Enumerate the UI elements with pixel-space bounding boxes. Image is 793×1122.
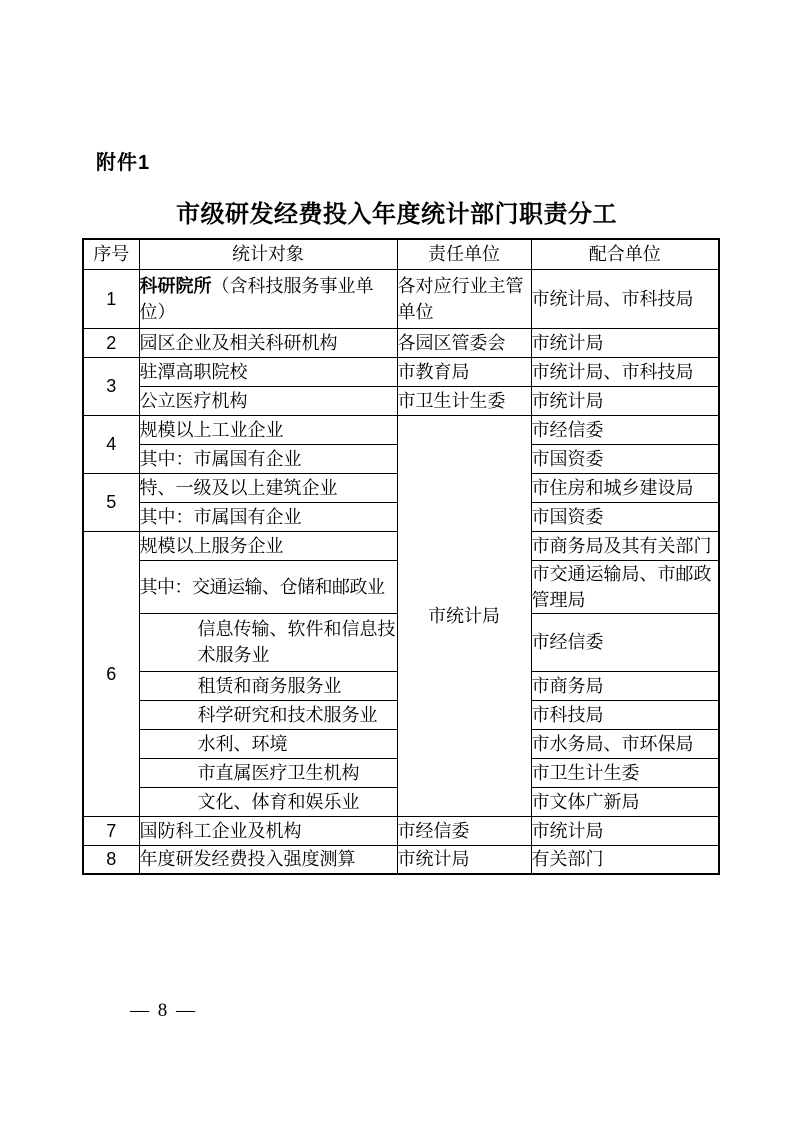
stat-object-cell: 信息传输、软件和信息技术服务业 bbox=[139, 613, 397, 671]
stat-object-cell: 市直属医疗卫生机构 bbox=[139, 758, 397, 787]
cooperating-unit-cell: 市交通运输局、市邮政管理局 bbox=[531, 560, 719, 613]
table-row: 1 科研院所（含科技服务事业单位） 各对应行业主管单位 市统计局、市科技局 bbox=[83, 269, 719, 328]
document-page: 附件1 市级研发经费投入年度统计部门职责分工 序号 统计对象 责任单位 配合单位… bbox=[0, 0, 793, 1122]
stat-object-cell: 科研院所（含科技服务事业单位） bbox=[139, 269, 397, 328]
responsible-unit-cell: 各对应行业主管单位 bbox=[397, 269, 531, 328]
stat-object-cell: 文化、体育和娱乐业 bbox=[139, 787, 397, 816]
responsible-unit-cell: 市经信委 bbox=[397, 816, 531, 845]
table-row: 公立医疗机构 市卫生计生委 市统计局 bbox=[83, 386, 719, 415]
attachment-label: 附件1 bbox=[96, 146, 150, 175]
stat-object-cell: 科学研究和技术服务业 bbox=[139, 700, 397, 729]
stat-object-cell: 租赁和商务服务业 bbox=[139, 671, 397, 700]
table-row: 7 国防科工企业及机构 市经信委 市统计局 bbox=[83, 816, 719, 845]
stat-object-cell: 其中：市属国有企业 bbox=[139, 444, 397, 473]
header-responsible: 责任单位 bbox=[397, 239, 531, 269]
responsible-unit-cell: 市教育局 bbox=[397, 357, 531, 386]
table-row: 3 驻潭高职院校 市教育局 市统计局、市科技局 bbox=[83, 357, 719, 386]
cooperating-unit-cell: 市商务局及其有关部门 bbox=[531, 531, 719, 560]
page-title: 市级研发经费投入年度统计部门职责分工 bbox=[0, 194, 793, 229]
stat-object-cell: 公立医疗机构 bbox=[139, 386, 397, 415]
responsibility-table: 序号 统计对象 责任单位 配合单位 1 科研院所（含科技服务事业单位） 各对应行… bbox=[82, 238, 720, 875]
cooperating-unit-cell: 市国资委 bbox=[531, 502, 719, 531]
cooperating-unit-cell: 市国资委 bbox=[531, 444, 719, 473]
header-no: 序号 bbox=[83, 239, 139, 269]
stat-object-cell: 驻潭高职院校 bbox=[139, 357, 397, 386]
cooperating-unit-cell: 市水务局、市环保局 bbox=[531, 729, 719, 758]
stat-object-cell: 年度研发经费投入强度测算 bbox=[139, 845, 397, 874]
row-number-cell: 1 bbox=[83, 269, 139, 328]
responsible-unit-cell: 市卫生计生委 bbox=[397, 386, 531, 415]
stat-object-cell: 规模以上工业企业 bbox=[139, 415, 397, 444]
cooperating-unit-cell: 市科技局 bbox=[531, 700, 719, 729]
stat-object-cell: 园区企业及相关科研机构 bbox=[139, 328, 397, 357]
page-number: — 8 — bbox=[130, 1000, 197, 1022]
stat-object-cell: 特、一级及以上建筑企业 bbox=[139, 473, 397, 502]
cooperating-unit-cell: 市统计局、市科技局 bbox=[531, 269, 719, 328]
cooperating-unit-cell: 市统计局 bbox=[531, 386, 719, 415]
responsible-unit-cell: 各园区管委会 bbox=[397, 328, 531, 357]
stat-object-cell: 规模以上服务企业 bbox=[139, 531, 397, 560]
cooperating-unit-cell: 市商务局 bbox=[531, 671, 719, 700]
table-header-row: 序号 统计对象 责任单位 配合单位 bbox=[83, 239, 719, 269]
row-number-cell: 8 bbox=[83, 845, 139, 874]
stat-object-cell: 其中：市属国有企业 bbox=[139, 502, 397, 531]
stat-object-main: 科研院所 bbox=[140, 276, 212, 296]
row-number-cell: 4 bbox=[83, 415, 139, 473]
stat-object-cell: 其中：交通运输、仓储和邮政业 bbox=[139, 560, 397, 613]
table-row: 2 园区企业及相关科研机构 各园区管委会 市统计局 bbox=[83, 328, 719, 357]
responsible-unit-cell: 市统计局 bbox=[397, 845, 531, 874]
responsible-unit-merged-cell: 市统计局 bbox=[397, 415, 531, 816]
table-row: 4 规模以上工业企业 市统计局 市经信委 bbox=[83, 415, 719, 444]
stat-object-cell: 水利、环境 bbox=[139, 729, 397, 758]
cooperating-unit-cell: 市统计局、市科技局 bbox=[531, 357, 719, 386]
cooperating-unit-cell: 市住房和城乡建设局 bbox=[531, 473, 719, 502]
row-number-cell: 2 bbox=[83, 328, 139, 357]
cooperating-unit-cell: 市经信委 bbox=[531, 613, 719, 671]
row-number-cell: 5 bbox=[83, 473, 139, 531]
cooperating-unit-cell: 有关部门 bbox=[531, 845, 719, 874]
row-number-cell: 3 bbox=[83, 357, 139, 415]
row-number-cell: 7 bbox=[83, 816, 139, 845]
cooperating-unit-cell: 市统计局 bbox=[531, 816, 719, 845]
stat-object-cell: 国防科工企业及机构 bbox=[139, 816, 397, 845]
header-cooperating: 配合单位 bbox=[531, 239, 719, 269]
row-number-cell: 6 bbox=[83, 531, 139, 816]
header-object: 统计对象 bbox=[139, 239, 397, 269]
table-row: 8 年度研发经费投入强度测算 市统计局 有关部门 bbox=[83, 845, 719, 874]
cooperating-unit-cell: 市卫生计生委 bbox=[531, 758, 719, 787]
cooperating-unit-cell: 市经信委 bbox=[531, 415, 719, 444]
cooperating-unit-cell: 市统计局 bbox=[531, 328, 719, 357]
cooperating-unit-cell: 市文体广新局 bbox=[531, 787, 719, 816]
